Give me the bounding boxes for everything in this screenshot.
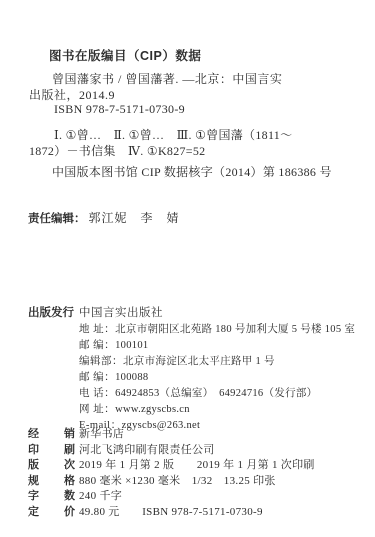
publisher-address-row: 地 址：北京市朝阳区北苑路 180 号加利大厦 5 号楼 105 室 bbox=[28, 324, 355, 340]
edition-value: 2019 年 1 月第 2 版 2019 年 1 月第 1 次印刷 bbox=[79, 459, 315, 471]
publisher-name: 中国言实出版社 bbox=[79, 307, 163, 319]
price-label: 定价 bbox=[28, 506, 75, 518]
editor-row: 责任编辑：郭江妮 李 婧 bbox=[28, 209, 180, 226]
format-row: 规格880 毫米 ×1230 毫米 1/32 13.25 印张 bbox=[28, 474, 315, 490]
address-label: 地 址： bbox=[79, 324, 115, 336]
price-row: 定价49.80 元 ISBN 978-7-5171-0730-9 bbox=[28, 505, 315, 521]
editorial-dept-row: 编辑部：北京市海淀区北太平庄路甲 1 号 bbox=[28, 356, 355, 372]
editor-label: 责任编辑： bbox=[28, 213, 86, 225]
distribution-row: 经销新华书店 bbox=[28, 427, 315, 443]
website-label: 网 址： bbox=[79, 404, 115, 416]
word-count-value: 240 千字 bbox=[79, 490, 122, 502]
editorial-dept-value: 北京市海淀区北太平庄路甲 1 号 bbox=[123, 356, 275, 367]
distribution-value: 新华书店 bbox=[79, 428, 124, 440]
publisher-label: 出版发行 bbox=[28, 306, 79, 320]
distribution-label: 经销 bbox=[28, 428, 75, 440]
cip-isbn: ISBN 978-7-5171-0730-9 bbox=[54, 102, 185, 117]
zip-label: 邮 编： bbox=[79, 340, 115, 352]
format-value: 880 毫米 ×1230 毫米 1/32 13.25 印张 bbox=[79, 475, 276, 487]
price-value: 49.80 元 ISBN 978-7-5171-0730-9 bbox=[79, 506, 263, 518]
editorial-zip-label: 邮 编： bbox=[79, 372, 115, 384]
zip-value: 100101 bbox=[115, 340, 148, 351]
word-count-label: 字数 bbox=[28, 490, 75, 502]
publisher-row: 出版发行中国言实出版社 bbox=[28, 305, 355, 324]
word-count-row: 字数240 千字 bbox=[28, 489, 315, 505]
phone-row: 电 话：64924853（总编室） 64924716（发行部） bbox=[28, 388, 355, 404]
editorial-dept-label: 编辑部： bbox=[79, 356, 123, 368]
editorial-zip-value: 100088 bbox=[115, 372, 148, 383]
cip-description-line1: 曾国藩家书 / 曾国藩著. —北京：中国言实 bbox=[52, 70, 282, 87]
cip-classification-line2: 1872）－书信集 Ⅳ. ①K827=52 bbox=[29, 142, 205, 159]
publisher-block: 出版发行中国言实出版社 地 址：北京市朝阳区北苑路 180 号加利大厦 5 号楼… bbox=[28, 305, 355, 436]
cip-record-number: 中国版本图书馆 CIP 数据核字（2014）第 186386 号 bbox=[52, 163, 332, 180]
publisher-zip-row: 邮 编：100101 bbox=[28, 340, 355, 356]
edition-row: 版次2019 年 1 月第 2 版 2019 年 1 月第 1 次印刷 bbox=[28, 458, 315, 474]
copyright-page: 图书在版编目（CIP）数据 曾国藩家书 / 曾国藩著. —北京：中国言实 出版社… bbox=[0, 0, 375, 537]
edition-label: 版次 bbox=[28, 459, 75, 471]
website-row: 网 址：www.zgyscbs.cn bbox=[28, 404, 355, 420]
address-value: 北京市朝阳区北苑路 180 号加利大厦 5 号楼 105 室 bbox=[115, 324, 355, 335]
colophon-block: 经销新华书店 印刷河北飞鸿印刷有限责任公司 版次2019 年 1 月第 2 版 … bbox=[28, 427, 315, 520]
phone-label: 电 话： bbox=[79, 388, 115, 400]
phone-value: 64924853（总编室） 64924716（发行部） bbox=[115, 388, 317, 399]
editorial-zip-row: 邮 编：100088 bbox=[28, 372, 355, 388]
website-value: www.zgyscbs.cn bbox=[115, 404, 190, 415]
cip-title: 图书在版编目（CIP）数据 bbox=[49, 46, 201, 64]
printing-row: 印刷河北飞鸿印刷有限责任公司 bbox=[28, 443, 315, 459]
cip-classification-line1: Ⅰ. ①曾… Ⅱ. ①曾… Ⅲ. ①曾国藩（1811～ bbox=[54, 126, 292, 143]
printing-value: 河北飞鸿印刷有限责任公司 bbox=[79, 444, 215, 456]
format-label: 规格 bbox=[28, 475, 75, 487]
cip-description-line2: 出版社，2014.9 bbox=[29, 86, 115, 103]
printing-label: 印刷 bbox=[28, 444, 75, 456]
editor-names: 郭江妮 李 婧 bbox=[89, 211, 180, 225]
